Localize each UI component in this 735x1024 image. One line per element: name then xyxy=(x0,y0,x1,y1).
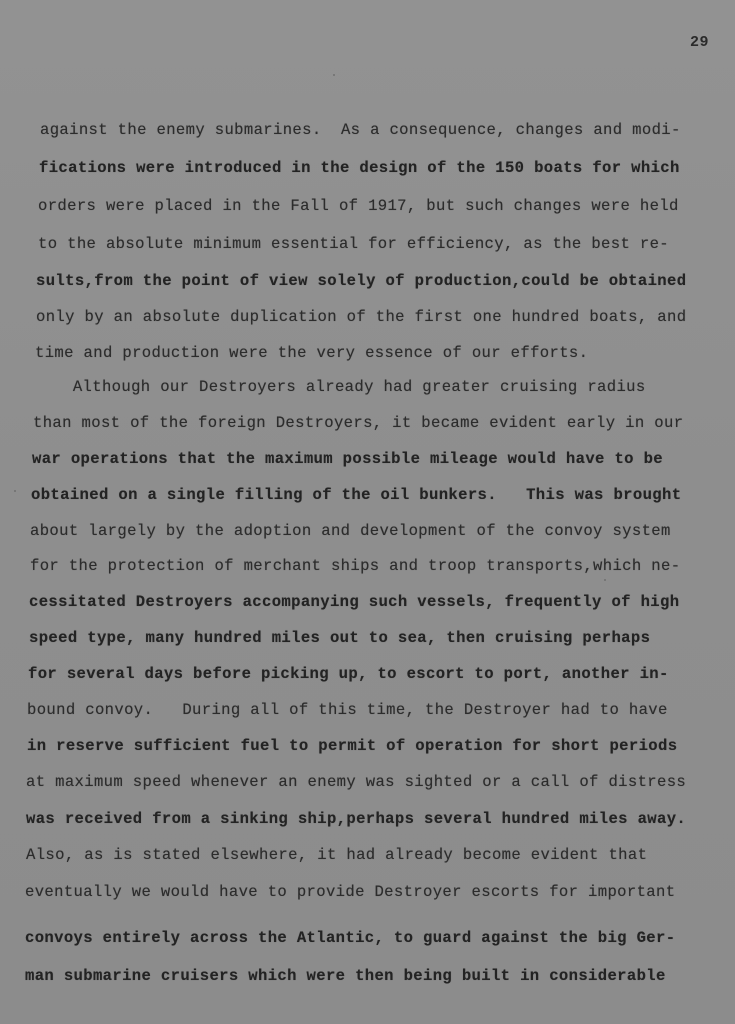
text-line: time and production were the very essenc… xyxy=(35,343,588,363)
paper-speck xyxy=(333,74,335,76)
text-line: speed type, many hundred miles out to se… xyxy=(29,628,650,648)
paper-speck xyxy=(14,490,16,492)
text-line: to the absolute minimum essential for ef… xyxy=(38,234,669,254)
text-line: sults,from the point of view solely of p… xyxy=(36,271,686,291)
text-line: was received from a sinking ship,perhaps… xyxy=(26,809,686,829)
text-line: than most of the foreign Destroyers, it … xyxy=(33,413,683,433)
text-line: convoys entirely across the Atlantic, to… xyxy=(25,928,675,948)
text-line: bound convoy. During all of this time, t… xyxy=(27,700,668,720)
text-line: Although our Destroyers already had grea… xyxy=(34,377,646,397)
text-line: for the protection of merchant ships and… xyxy=(30,556,680,576)
text-line: fications were introduced in the design … xyxy=(39,158,680,178)
paper-speck xyxy=(604,579,606,581)
text-line: only by an absolute duplication of the f… xyxy=(36,307,686,327)
document-page: 29 against the enemy submarines. As a co… xyxy=(0,0,735,1024)
text-line: about largely by the adoption and develo… xyxy=(30,521,671,541)
text-line: for several days before picking up, to e… xyxy=(28,664,669,684)
text-line: orders were placed in the Fall of 1917, … xyxy=(38,196,679,216)
text-line: in reserve sufficient fuel to permit of … xyxy=(27,736,677,756)
text-line: obtained on a single filling of the oil … xyxy=(31,485,681,505)
page-number: 29 xyxy=(690,34,709,51)
text-line: war operations that the maximum possible… xyxy=(32,449,663,469)
text-line: at maximum speed whenever an enemy was s… xyxy=(26,772,686,792)
text-line: Also, as is stated elsewhere, it had alr… xyxy=(26,845,647,865)
text-line: eventually we would have to provide Dest… xyxy=(25,882,675,902)
text-line: cessitated Destroyers accompanying such … xyxy=(29,592,679,612)
text-line: man submarine cruisers which were then b… xyxy=(25,966,666,986)
text-line: against the enemy submarines. As a conse… xyxy=(40,120,681,140)
